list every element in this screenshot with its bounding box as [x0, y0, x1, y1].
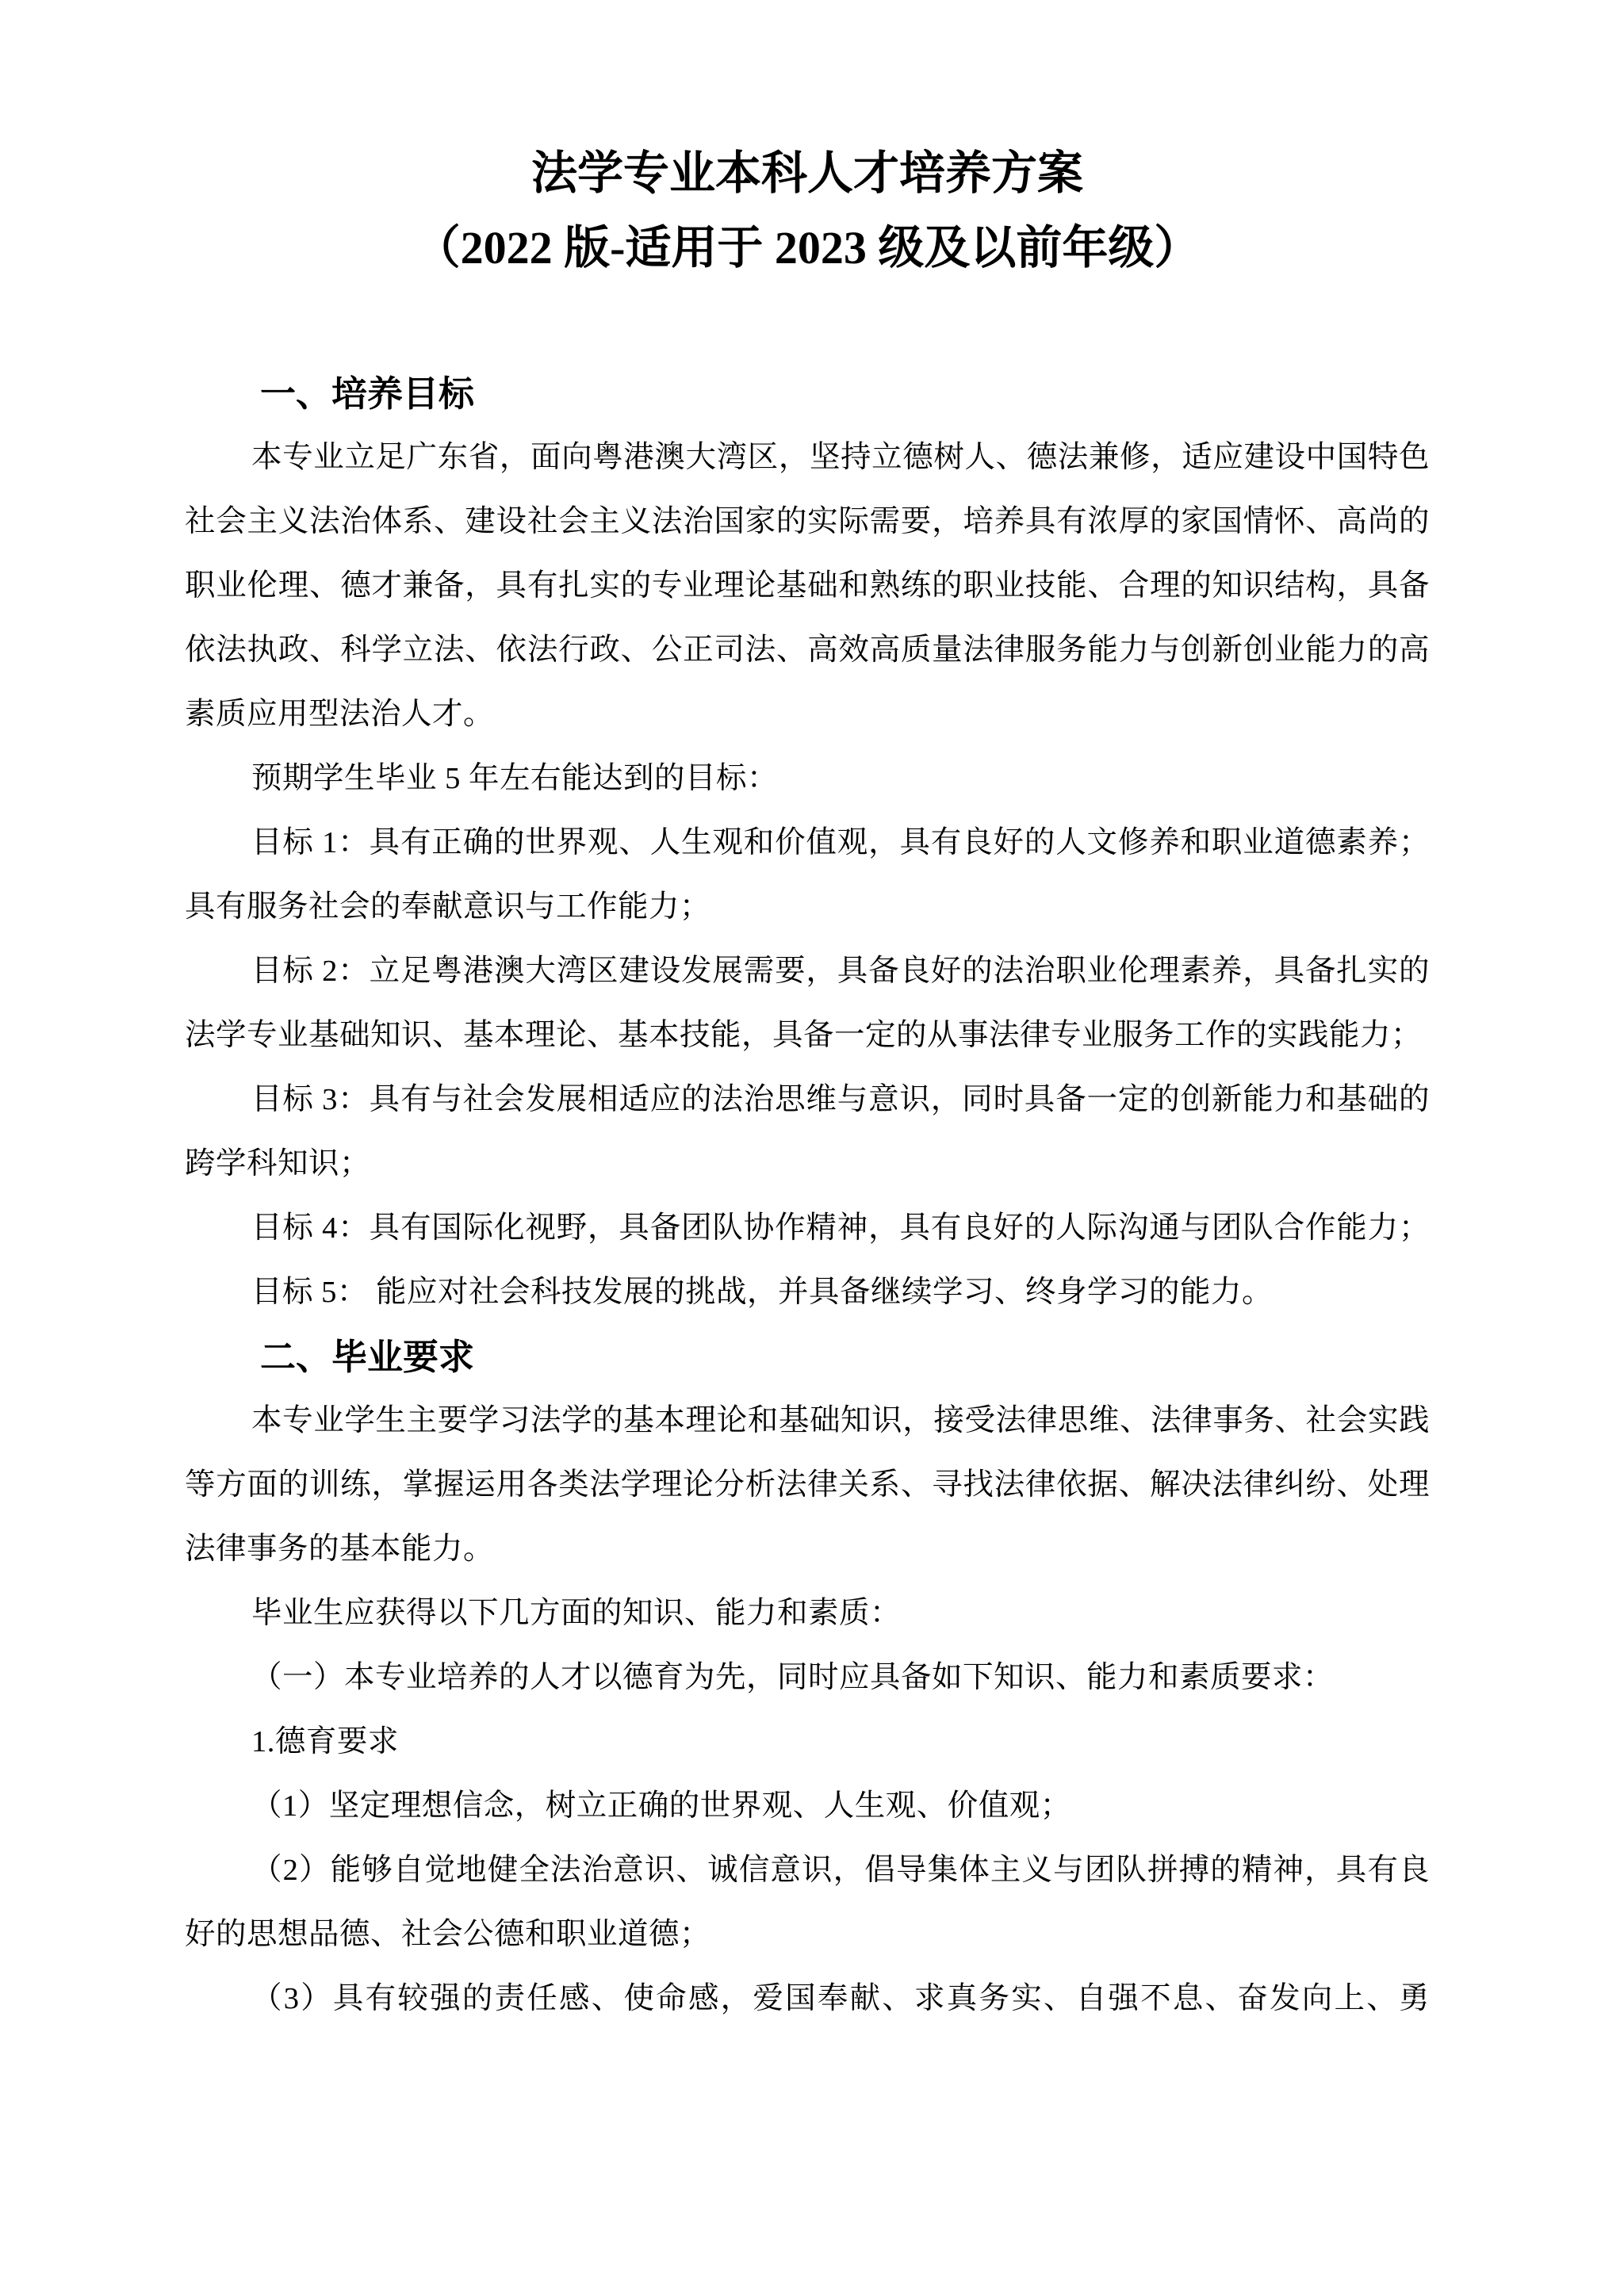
- para-goal-1: 目标 1：具有正确的世界观、人生观和价值观，具有良好的人文修养和职业道德素养；具…: [185, 811, 1430, 939]
- doc-title-line-1: 法学专业本科人才培养方案: [185, 136, 1430, 211]
- para-expected-goals-intro: 预期学生毕业 5 年左右能达到的目标：: [185, 747, 1430, 811]
- doc-title-line-2: （2022 版-适用于 2023 级及以前年级）: [185, 211, 1430, 285]
- para-goal-3: 目标 3：具有与社会发展相适应的法治思维与意识，同时具备一定的创新能力和基础的跨…: [185, 1068, 1430, 1196]
- section-1-heading: 一、培养目标: [185, 362, 1430, 426]
- para-goal-2: 目标 2：立足粤港澳大湾区建设发展需要，具备良好的法治职业伦理素养，具备扎实的法…: [185, 939, 1430, 1068]
- para-moral-item-3-truncated: （3）具有较强的责任感、使命感，爱国奉献、求真务实、自强不息、奋发向上、勇: [185, 1967, 1430, 2031]
- para-graduation-requirements-overview: 本专业学生主要学习法学的基本理论和基础知识，接受法律思维、法律事务、社会实践等方…: [185, 1389, 1430, 1582]
- para-goal-5: 目标 5： 能应对社会科技发展的挑战，并具备继续学习、终身学习的能力。: [185, 1261, 1430, 1325]
- para-requirement-group-1: （一）本专业培养的人才以德育为先，同时应具备如下知识、能力和素质要求：: [185, 1646, 1430, 1710]
- para-moral-item-1: （1）坚定理想信念，树立正确的世界观、人生观、价值观；: [185, 1774, 1430, 1839]
- para-goal-4: 目标 4：具有国际化视野，具备团队协作精神，具有良好的人际沟通与团队合作能力；: [185, 1196, 1430, 1261]
- section-2-heading: 二、毕业要求: [185, 1325, 1430, 1389]
- para-moral-education-heading: 1.德育要求: [185, 1710, 1430, 1774]
- para-graduate-abilities-intro: 毕业生应获得以下几方面的知识、能力和素质：: [185, 1582, 1430, 1646]
- para-training-objective-overview: 本专业立足广东省，面向粤港澳大湾区，坚持立德树人、德法兼修，适应建设中国特色社会…: [185, 426, 1430, 747]
- document-page: 法学专业本科人才培养方案 （2022 版-适用于 2023 级及以前年级） 一、…: [0, 0, 1624, 2296]
- para-moral-item-2: （2）能够自觉地健全法治意识、诚信意识，倡导集体主义与团队拼搏的精神，具有良好的…: [185, 1839, 1430, 1967]
